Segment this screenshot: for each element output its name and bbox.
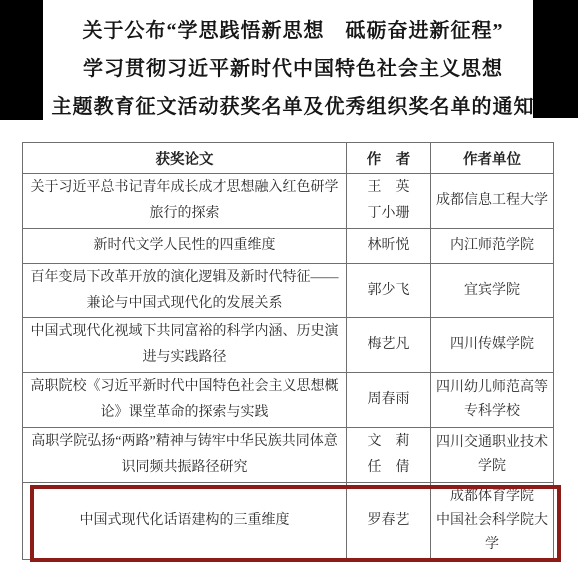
affiliation-cell: 四川幼儿师范高等专科学校: [431, 373, 554, 428]
paper-title-cell: 百年变局下改革开放的演化逻辑及新时代特征——兼论与中国式现代化的发展关系: [23, 264, 347, 318]
table-row: 新时代文学人民性的四重维度林昕悦内江师范学院: [23, 229, 554, 264]
affiliation-cell: 宜宾学院: [431, 264, 554, 318]
author-name: 郭少飞: [353, 278, 424, 304]
table-row: 关于习近平总书记青年成长成才思想融入红色研学旅行的探索王 英丁小珊成都信息工程大…: [23, 174, 554, 229]
author-cell: 林昕悦: [347, 229, 431, 264]
column-header-affiliation: 作者单位: [431, 143, 554, 174]
title-line-3: 主题教育征文活动获奖名单及优秀组织奖名单的通知: [0, 88, 586, 126]
table-row: 高职学院弘扬“两路”精神与铸牢中华民族共同体意识同频共振路径研究文 莉任 倩四川…: [23, 428, 554, 483]
paper-title-cell: 中国式现代化视域下共同富裕的科学内涵、历史演进与实践路径: [23, 318, 347, 373]
author-cell: 王 英丁小珊: [347, 174, 431, 229]
author-cell: 周春雨: [347, 373, 431, 428]
table-row: 中国式现代化视域下共同富裕的科学内涵、历史演进与实践路径梅艺凡四川传媒学院: [23, 318, 554, 373]
document-title: 关于公布“学思践悟新思想 砥砺奋进新征程” 学习贯彻习近平新时代中国特色社会主义…: [0, 12, 586, 126]
table-row-highlighted: 中国式现代化话语建构的三重维度罗春艺成都体育学院中国社会科学院大学: [23, 483, 554, 560]
affiliation-cell: 成都信息工程大学: [431, 174, 554, 229]
affiliation-cell: 四川交通职业技术学院: [431, 428, 554, 483]
author-name: 周春雨: [353, 387, 424, 413]
author-name: 任 倩: [353, 455, 424, 481]
paper-title-cell: 关于习近平总书记青年成长成才思想融入红色研学旅行的探索: [23, 174, 347, 229]
affiliation-name: 四川传媒学院: [435, 333, 549, 357]
affiliation-name: 成都信息工程大学: [435, 189, 549, 213]
title-line-1: 关于公布“学思践悟新思想 砥砺奋进新征程”: [0, 12, 586, 50]
affiliation-name: 内江师范学院: [435, 234, 549, 258]
author-name: 林昕悦: [353, 233, 424, 259]
author-name: 梅艺凡: [353, 332, 424, 358]
affiliation-name: 成都体育学院: [435, 485, 549, 509]
title-line-2: 学习贯彻习近平新时代中国特色社会主义思想: [0, 50, 586, 88]
author-cell: 文 莉任 倩: [347, 428, 431, 483]
author-name: 罗春艺: [353, 508, 424, 534]
affiliation-name: 四川幼儿师范高等专科学校: [435, 376, 549, 424]
author-cell: 罗春艺: [347, 483, 431, 560]
column-header-author: 作 者: [347, 143, 431, 174]
table-row: 百年变局下改革开放的演化逻辑及新时代特征——兼论与中国式现代化的发展关系郭少飞宜…: [23, 264, 554, 318]
author-cell: 梅艺凡: [347, 318, 431, 373]
affiliation-cell: 内江师范学院: [431, 229, 554, 264]
column-header-paper: 获奖论文: [23, 143, 347, 174]
affiliation-name: 四川交通职业技术学院: [435, 431, 549, 479]
paper-title-cell: 高职学院弘扬“两路”精神与铸牢中华民族共同体意识同频共振路径研究: [23, 428, 347, 483]
affiliation-name: 中国社会科学院大学: [435, 509, 549, 557]
table-body: 关于习近平总书记青年成长成才思想融入红色研学旅行的探索王 英丁小珊成都信息工程大…: [23, 174, 554, 560]
award-list-table: 获奖论文 作 者 作者单位 关于习近平总书记青年成长成才思想融入红色研学旅行的探…: [22, 142, 554, 560]
author-name: 文 莉: [353, 429, 424, 455]
affiliation-cell: 成都体育学院中国社会科学院大学: [431, 483, 554, 560]
affiliation-name: 宜宾学院: [435, 279, 549, 303]
author-name: 丁小珊: [353, 201, 424, 227]
table-header-row: 获奖论文 作 者 作者单位: [23, 143, 554, 174]
paper-title-cell: 高职院校《习近平新时代中国特色社会主义思想概论》课堂革命的探索与实践: [23, 373, 347, 428]
paper-title-cell: 中国式现代化话语建构的三重维度: [23, 483, 347, 560]
author-cell: 郭少飞: [347, 264, 431, 318]
author-name: 王 英: [353, 175, 424, 201]
affiliation-cell: 四川传媒学院: [431, 318, 554, 373]
table-row: 高职院校《习近平新时代中国特色社会主义思想概论》课堂革命的探索与实践周春雨四川幼…: [23, 373, 554, 428]
paper-title-cell: 新时代文学人民性的四重维度: [23, 229, 347, 264]
